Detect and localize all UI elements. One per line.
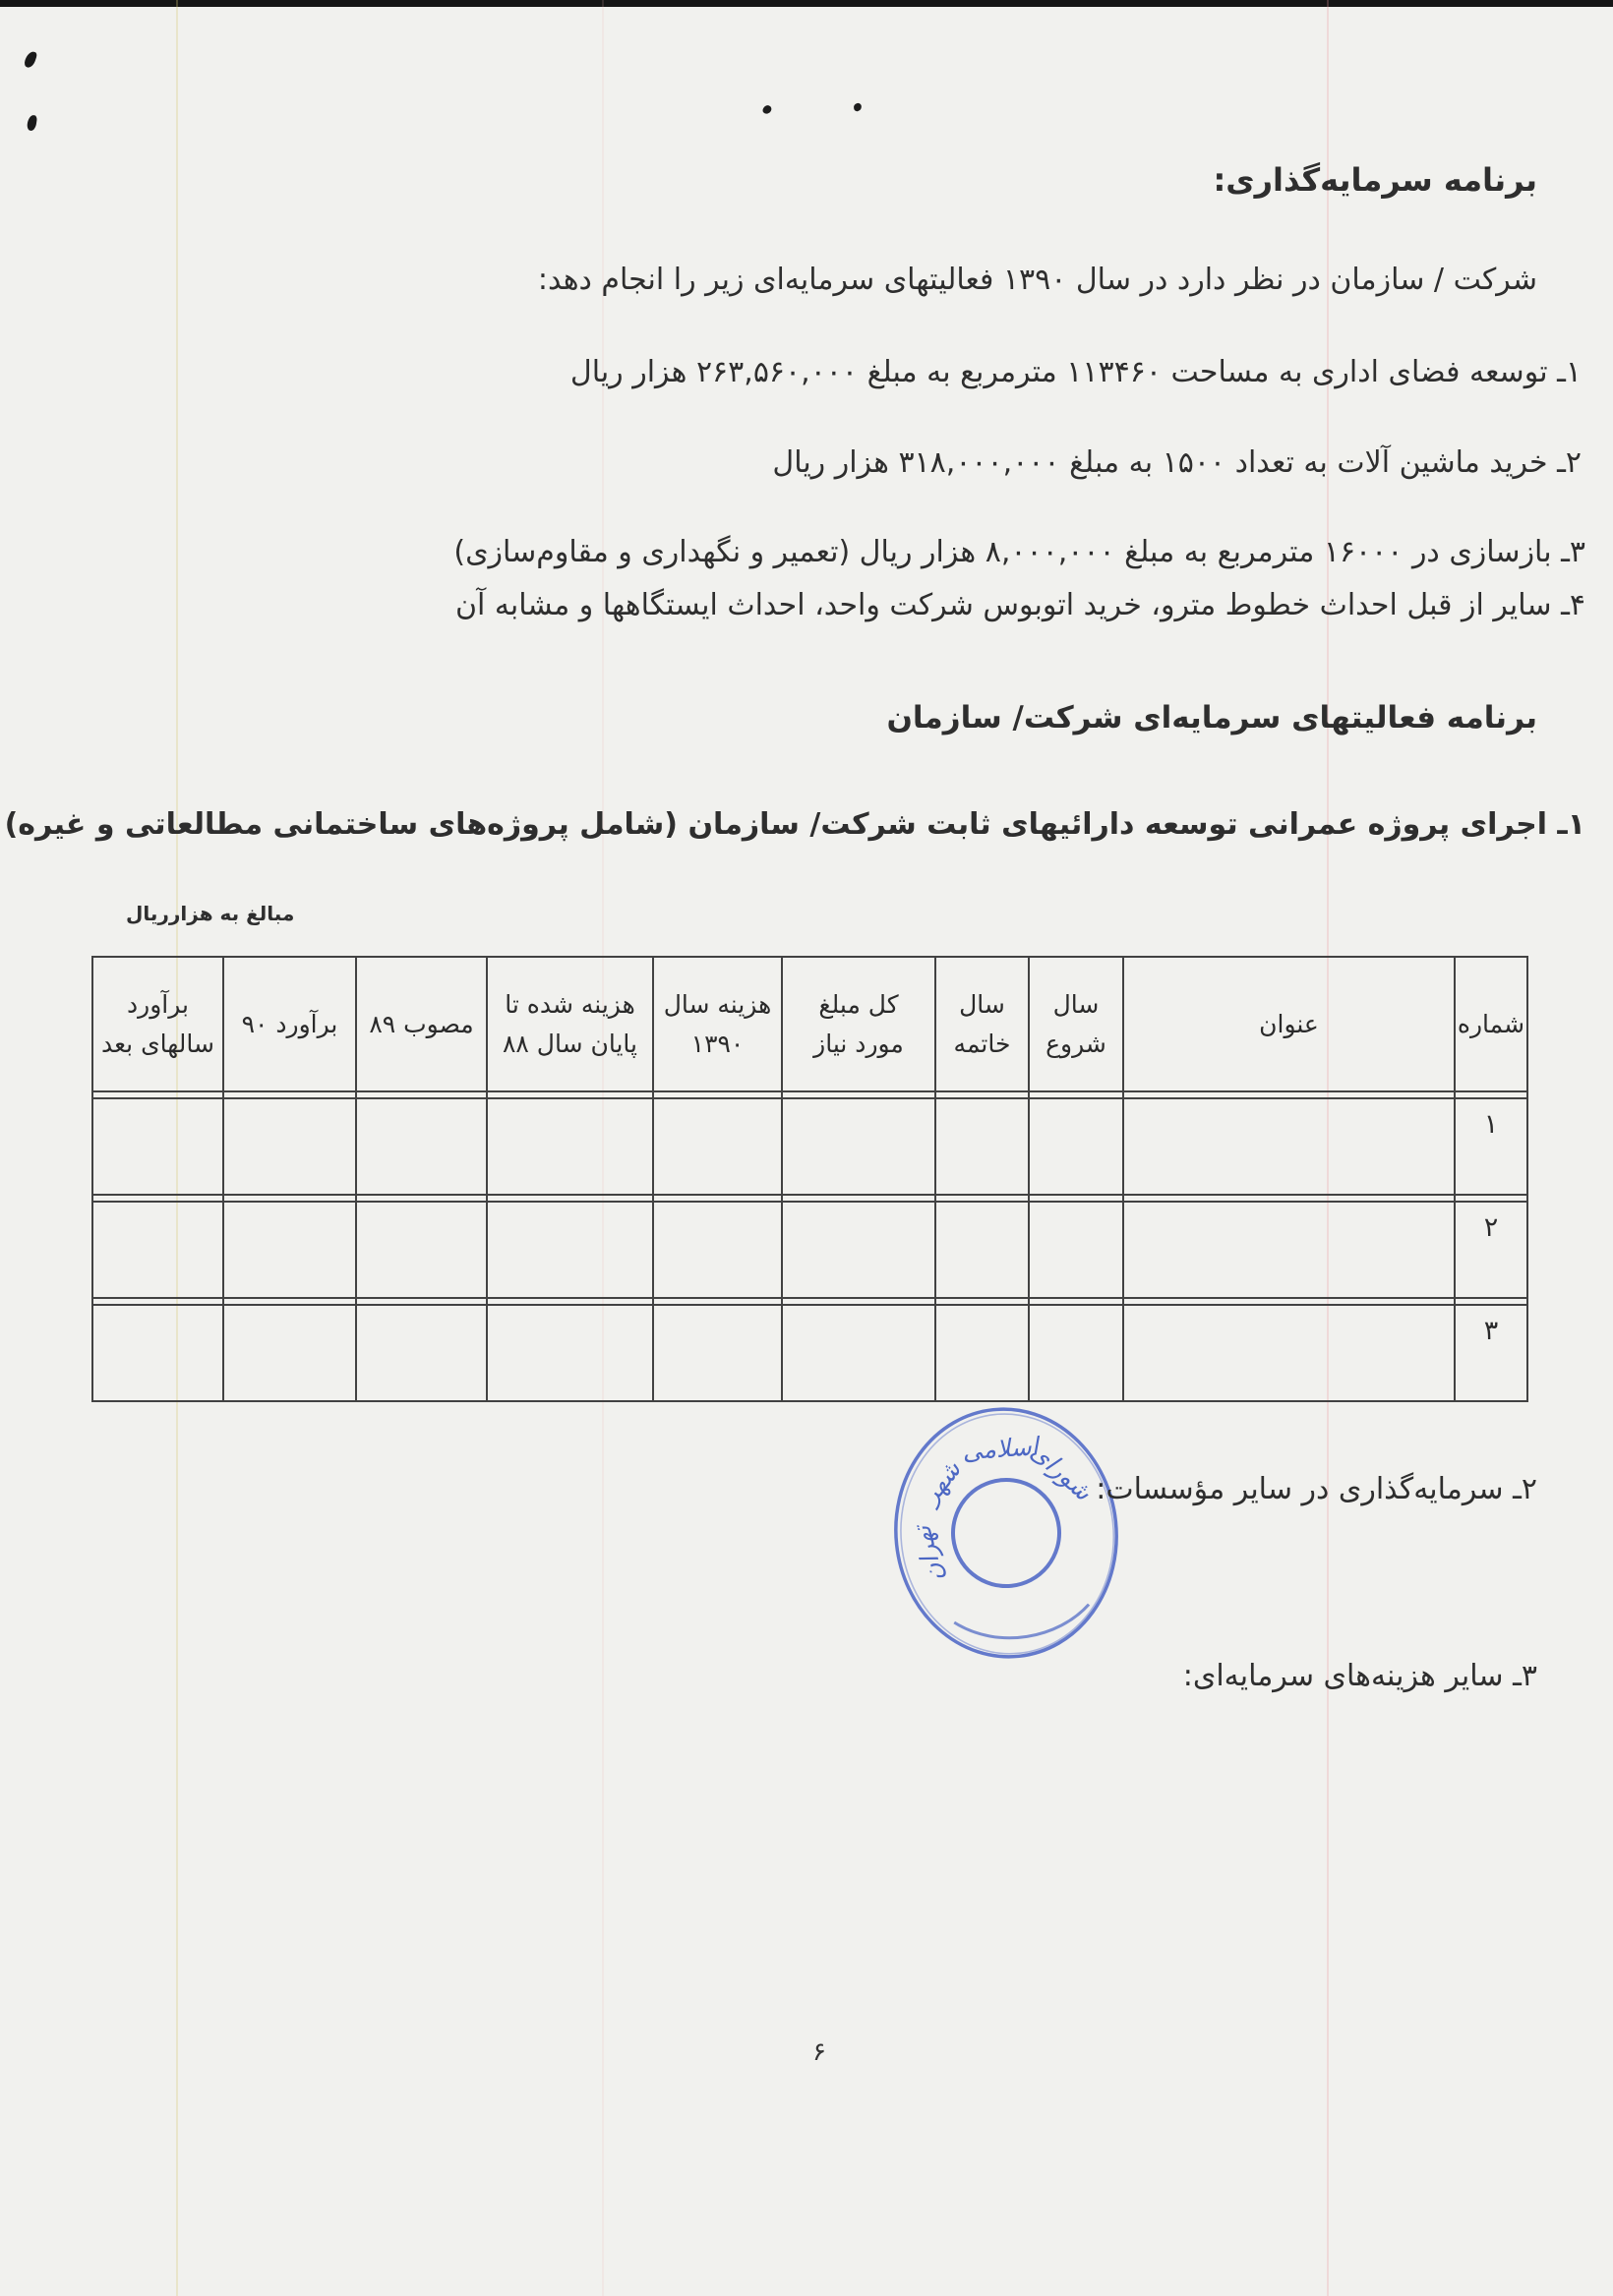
empty-cell (653, 1305, 782, 1401)
col-header-approved-89: مصوب ۸۹ (356, 957, 487, 1091)
empty-cell (487, 1098, 653, 1195)
row-number-cell: ۱ (1455, 1098, 1527, 1195)
empty-cell (1029, 1098, 1123, 1195)
scan-edge-artifact (0, 0, 1613, 7)
empty-cell (92, 1202, 223, 1298)
empty-cell (935, 1305, 1029, 1401)
project-section-line: ۱ـ اجرای پروژه عمرانی توسعه دارائیهای ثا… (5, 806, 1585, 844)
scanned-document-page: برنامه سرمایه‌گذاری: شرکت / سازمان در نظ… (0, 0, 1613, 2296)
page-number: ۶ (812, 2037, 826, 2067)
row-divider (92, 1298, 1527, 1305)
empty-cell (356, 1098, 487, 1195)
other-expenses-line: ۳ـ سایر هزینه‌های سرمایه‌ای: (1183, 1658, 1537, 1695)
empty-cell (487, 1202, 653, 1298)
other-investments-line: ۲ـ سرمایه‌گذاری در سایر مؤسسات: (1096, 1471, 1537, 1508)
col-header-spent-until-88: هزینه شده تاپایان سال ۸۸ (487, 957, 653, 1091)
empty-cell (487, 1305, 653, 1401)
empty-cell (223, 1202, 356, 1298)
empty-cell (92, 1098, 223, 1195)
ink-dot (761, 104, 772, 116)
col-header-start-year: سالشروع (1029, 957, 1123, 1091)
empty-cell (223, 1305, 356, 1401)
col-header-estimate-90: برآورد ۹۰ (223, 957, 356, 1091)
empty-cell (782, 1305, 935, 1401)
col-header-end-year: سالخاتمه (935, 957, 1029, 1091)
table-row-2: ۲ (92, 1202, 1527, 1298)
list-item-3: ۳ـ بازسازی در ۱۶۰۰۰ مترمربع به مبلغ ۸,۰۰… (453, 534, 1585, 571)
empty-cell (1123, 1202, 1455, 1298)
list-item-1: ۱ـ توسعه فضای اداری به مساحت ۱۱۳۴۶۰ مترم… (570, 354, 1582, 391)
col-header-number: شماره (1455, 957, 1527, 1091)
empty-cell (223, 1098, 356, 1195)
section-activities-title: برنامه فعالیتهای سرمایه‌ای شرکت/ سازمان (886, 699, 1537, 737)
list-item-2: ۲ـ خرید ماشین آلات به تعداد ۱۵۰۰ به مبلغ… (772, 444, 1582, 482)
empty-cell (1123, 1305, 1455, 1401)
empty-cell (653, 1098, 782, 1195)
empty-cell (356, 1305, 487, 1401)
document-title: برنامه سرمایه‌گذاری: (1213, 160, 1537, 200)
col-header-total-amount: کل مبلغمورد نیاز (782, 957, 935, 1091)
row-divider (92, 1091, 1527, 1098)
council-stamp: شورای اسلامی شهر تهران (874, 1384, 1138, 1681)
col-header-cost-1390: هزینه سال۱۳۹۰ (653, 957, 782, 1091)
intro-paragraph: شرکت / سازمان در نظر دارد در سال ۱۳۹۰ فع… (538, 262, 1537, 299)
capital-projects-table: شماره عنوان سالشروع سالخاتمه کل مبلغمورد… (91, 956, 1528, 1402)
row-number-cell: ۲ (1455, 1202, 1527, 1298)
ink-mark (24, 50, 38, 69)
empty-cell (92, 1305, 223, 1401)
list-item-4: ۴ـ سایر از قبل احداث خطوط مترو، خرید اتو… (455, 587, 1585, 624)
stamp-word: اسلامی (962, 1432, 1040, 1465)
table-row-3: ۳ (92, 1305, 1527, 1401)
table-header-row: شماره عنوان سالشروع سالخاتمه کل مبلغمورد… (92, 957, 1527, 1091)
ink-dot (853, 102, 863, 112)
empty-cell (935, 1202, 1029, 1298)
empty-cell (356, 1202, 487, 1298)
amounts-unit-note: مبالغ به هزارریال (126, 902, 294, 925)
empty-cell (1029, 1202, 1123, 1298)
empty-cell (782, 1098, 935, 1195)
ink-mark (27, 114, 37, 131)
row-number-cell: ۳ (1455, 1305, 1527, 1401)
empty-cell (653, 1202, 782, 1298)
empty-cell (1123, 1098, 1455, 1195)
row-divider (92, 1195, 1527, 1202)
col-header-estimate-later: برآوردسالهای بعد (92, 957, 223, 1091)
table-row-1: ۱ (92, 1098, 1527, 1195)
empty-cell (782, 1202, 935, 1298)
empty-cell (935, 1098, 1029, 1195)
col-header-title: عنوان (1123, 957, 1455, 1091)
